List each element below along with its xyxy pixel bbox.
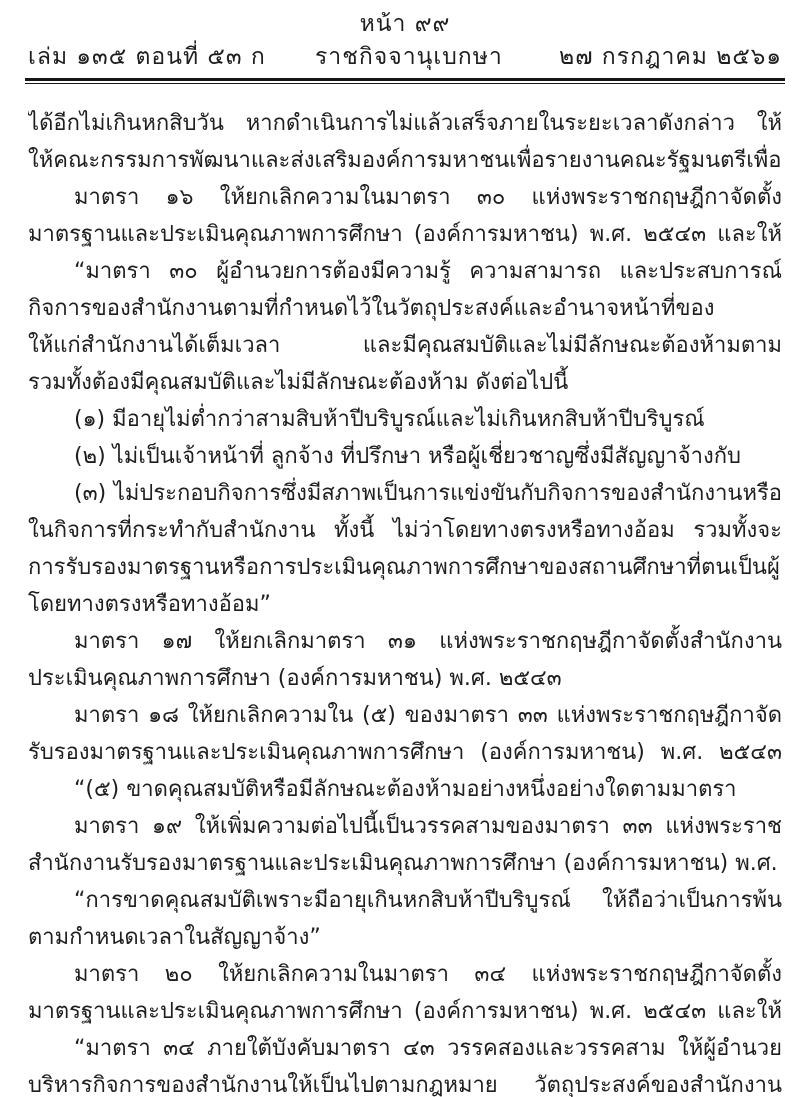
page-number: หน้า ๙๙ (0, 9, 810, 39)
text-line: มาตรา ๑๘ ให้ยกเลิกความใน (๕) ของมาตรา ๓๓… (28, 697, 782, 734)
text-line: มาตรา ๑๖ ให้ยกเลิกความในมาตรา ๓๐ แห่งพระ… (28, 179, 782, 216)
text-line: “มาตรา ๓๔ ภายใต้บังคับมาตรา ๔๓ วรรคสองแล… (28, 1030, 782, 1067)
text-line: ตามกำหนดเวลาในสัญญาจ้าง” (28, 919, 782, 956)
text-line: ประเมินคุณภาพการศึกษา (องค์การมหาชน) พ.ศ… (28, 660, 782, 697)
text-line: ในกิจการที่กระทำกับสำนักงาน ทั้งนี้ ไม่ว… (28, 512, 782, 549)
text-line: “การขาดคุณสมบัติเพราะมีอายุเกินหกสิบห้าป… (28, 882, 782, 919)
text-line: มาตรฐานและประเมินคุณภาพการศึกษา (องค์การ… (28, 216, 782, 253)
header-row: เล่ม ๑๓๕ ตอนที่ ๕๓ ก ราชกิจจานุเบกษา ๒๗ … (0, 41, 810, 73)
gazette-title: ราชกิจจานุเบกษา (266, 41, 552, 73)
text-line: มาตรฐานและประเมินคุณภาพการศึกษา (องค์การ… (28, 993, 782, 1030)
page-header: หน้า ๙๙ เล่ม ๑๓๕ ตอนที่ ๕๓ ก ราชกิจจานุเ… (0, 0, 810, 84)
text-line: ให้แก่สำนักงานได้เต็มเวลา และมีคุณสมบัติ… (28, 327, 782, 364)
text-line: “มาตรา ๓๐ ผู้อำนวยการต้องมีความรู้ ความส… (28, 253, 782, 290)
gazette-page: หน้า ๙๙ เล่ม ๑๓๕ ตอนที่ ๕๓ ก ราชกิจจานุเ… (0, 0, 810, 1097)
text-line: (๑) มีอายุไม่ต่ำกว่าสามสิบห้าปีบริบูรณ์แ… (28, 401, 782, 438)
text-line: มาตรา ๑๗ ให้ยกเลิกมาตรา ๓๑ แห่งพระราชกฤษ… (28, 623, 782, 660)
text-line: กิจการของสำนักงานตามที่กำหนดไว้ในวัตถุปร… (28, 290, 782, 327)
text-line: การรับรองมาตรฐานหรือการประเมินคุณภาพการศ… (28, 549, 782, 586)
text-line: โดยทางตรงหรือทางอ้อม” (28, 586, 782, 623)
document-body: ได้อีกไม่เกินหกสิบวัน หากดำเนินการไม่แล้… (0, 84, 810, 1097)
text-line: (๒) ไม่เป็นเจ้าหน้าที่ ลูกจ้าง ที่ปรึกษา… (28, 438, 782, 475)
text-line: บริหารกิจการของสำนักงานให้เป็นไปตามกฎหมา… (28, 1067, 782, 1097)
text-line: มาตรา ๑๙ ให้เพิ่มความต่อไปนี้เป็นวรรคสาม… (28, 808, 782, 845)
text-line: (๓) ไม่ประกอบกิจการซึ่งมีสภาพเป็นการแข่ง… (28, 475, 782, 512)
text-line: ให้คณะกรรมการพัฒนาและส่งเสริมองค์การมหาช… (28, 142, 782, 179)
text-line: มาตรา ๒๐ ให้ยกเลิกความในมาตรา ๓๔ แห่งพระ… (28, 956, 782, 993)
text-line: สำนักงานรับรองมาตรฐานและประเมินคุณภาพการ… (28, 845, 782, 882)
volume-issue-label: เล่ม ๑๓๕ ตอนที่ ๕๓ ก (28, 41, 266, 73)
text-line: “(๕) ขาดคุณสมบัติหรือมีลักษณะต้องห้ามอย่… (28, 771, 782, 808)
publication-date: ๒๗ กรกฎาคม ๒๕๖๑ (552, 41, 782, 73)
text-line: ได้อีกไม่เกินหกสิบวัน หากดำเนินการไม่แล้… (28, 105, 782, 142)
text-line: รวมทั้งต้องมีคุณสมบัติและไม่มีลักษณะต้อง… (28, 364, 782, 401)
text-line: รับรองมาตรฐานและประเมินคุณภาพการศึกษา (อ… (28, 734, 782, 771)
